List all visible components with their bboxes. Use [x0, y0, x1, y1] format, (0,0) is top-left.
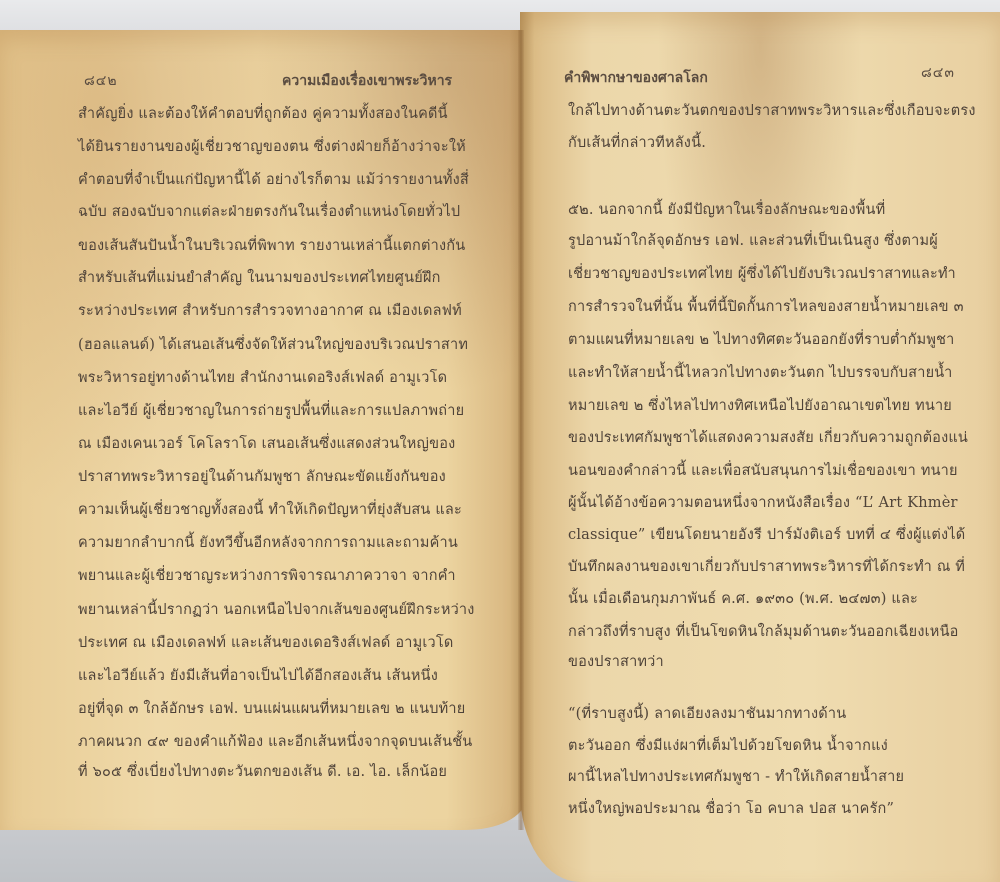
left-page-number: ๘๔๒: [84, 70, 118, 92]
text-line: ของเส้นสันปันน้ำในบริเวณที่พิพาท รายงานเ…: [78, 236, 465, 256]
text-line: อยู่ที่จุด ๓ ใกล้อักษร เอฟ. บนแผ่นแผนที่…: [78, 699, 465, 719]
text-line: ที่ ๖๐๕ ซึ่งเบี่ยงไปทางตะวันตกของเส้น ดี…: [78, 762, 447, 782]
text-line: ความยากลำบากนี้ ยังทวีขึ้นอีกหลังจากการถ…: [78, 533, 458, 553]
quote-line: ตะวันออก ซึ่งมีแง่ผาที่เต็มไปด้วยโขดหิน …: [568, 736, 888, 756]
quote-line: ผานี้ไหลไปทางประเทศกัมพูชา - ทำให้เกิดสา…: [568, 767, 904, 787]
text-line: ฉบับ สองฉบับจากแต่ละฝ่ายตรงกันในเรื่องตำ…: [78, 202, 460, 222]
text-line: ตามแผนที่หมายเลข ๒ ไปทางทิศตะวันออกยังที…: [568, 330, 955, 350]
text-line: ประเทศ ณ เมืองเดลฟท์ และเส้นของเดอริงส์เ…: [78, 633, 453, 653]
text-line: สำคัญยิ่ง และต้องให้คำตอบที่ถูกต้อง คู่ค…: [78, 104, 448, 124]
text-line: ภาคผนวก ๔๙ ของคำแก้ฟ้อง และอีกเส้นหนึ่งจ…: [78, 732, 472, 752]
text-line: ได้ยินรายงานของผู้เชี่ยวชาญของตน ซึ่งต่า…: [78, 137, 466, 157]
text-line: พยานและผู้เชี่ยวชาญระหว่างการพิจารณาภาคว…: [78, 566, 456, 586]
text-line: ระหว่างประเทศ สำหรับการสำรวจทางอากาศ ณ เ…: [78, 301, 462, 321]
text-line: ของปราสาทว่า: [568, 652, 664, 672]
text-line: หมายเลข ๒ ซึ่งไหลไปทางทิศเหนือไปยังอาณาเ…: [568, 396, 952, 416]
text-line: (ฮอลแลนด์) ได้เสนอเส้นซึ่งจัดให้ส่วนใหญ่…: [78, 335, 468, 355]
text-line: ณ เมืองเคนเวอร์ โคโลราโด เสนอเส้นซึ่งแสด…: [78, 434, 455, 454]
text-line: classique” เขียนโดยนายอังรี ปาร์มังติเอร…: [568, 525, 965, 545]
right-page-number: ๘๔๓: [921, 62, 955, 84]
text-line: ปราสาทพระวิหารอยู่ในด้านกัมพูชา ลักษณะขั…: [78, 467, 446, 487]
text-line: ๕๒. นอกจากนี้ ยังมีปัญหาในเรื่องลักษณะขอ…: [568, 200, 885, 220]
text-line: คำตอบที่จำเป็นแก่ปัญหานี้ได้ อย่างไรก็ตา…: [78, 170, 469, 190]
text-line: นั้น เมื่อเดือนกุมภาพันธ์ ค.ศ. ๑๙๓๐ (พ.ศ…: [568, 589, 918, 609]
right-running-header: คำพิพากษาของศาลโลก: [564, 67, 708, 89]
text-line: กับเส้นที่กล่าวทีหลังนี้.: [568, 133, 706, 153]
text-line: ความเห็นผู้เชี่ยวชาญทั้งสองนี้ ทำให้เกิด…: [78, 500, 462, 520]
text-line: พระวิหารอยู่ทางด้านไทย สำนักงานเดอริงส์เ…: [78, 368, 447, 388]
text-line: และไอวีย์แล้ว ยังมีเส้นที่อาจเป็นไปได้อี…: [78, 666, 438, 686]
text-line: และไอวีย์ ผู้เชี่ยวชาญในการถ่ายรูปพื้นที…: [78, 401, 464, 421]
text-line: ผู้นั้นได้อ้างข้อความตอนหนึ่งจากหนังสือเ…: [568, 493, 958, 513]
text-line: สำหรับเส้นที่แม่นยำสำคัญ ในนามของประเทศไ…: [78, 268, 441, 288]
text-line: ของประเทศกัมพูชาได้แสดงความสงสัย เกี่ยวก…: [568, 428, 968, 448]
left-running-header: ความเมืองเรื่องเขาพระวิหาร: [282, 70, 452, 92]
text-line: พยานเหล่านี้ปรากฏว่า นอกเหนือไปจากเส้นขอ…: [78, 600, 475, 620]
text-line: นอนของคำกล่าวนี้ และเพื่อสนับสนุนการไม่เ…: [568, 461, 958, 481]
quote-line: หนึ่งใหญ่พอประมาณ ชื่อว่า โอ คบาล ปอส นา…: [568, 799, 894, 819]
text-line: รูปอานม้าใกล้จุดอักษร เอฟ. และส่วนที่เป็…: [568, 231, 938, 251]
text-line: ใกล้ไปทางด้านตะวันตกของปราสาทพระวิหารและ…: [568, 101, 976, 121]
text-line: การสำรวจในที่นั้น พื้นที่นี้ปิดกั้นการไห…: [568, 297, 964, 317]
text-line: บันทึกผลงานของเขาเกี่ยวกับปราสาทพระวิหาร…: [568, 557, 965, 577]
text-line: กล่าวถึงที่ราบสูง ที่เป็นโขดหินใกล้มุมด้…: [568, 622, 959, 642]
text-line: และทำให้สายน้ำนี้ไหลวกไปทางตะวันตก ไปบรร…: [568, 363, 953, 383]
text-line: เชี่ยวชาญของประเทศไทย ผู้ซึ่งได้ไปยังบริ…: [568, 264, 956, 284]
quote-line: “(ที่ราบสูงนี้) ลาดเอียงลงมาชันมากทางด้า…: [568, 704, 846, 724]
book-spine-gutter: [518, 30, 524, 830]
